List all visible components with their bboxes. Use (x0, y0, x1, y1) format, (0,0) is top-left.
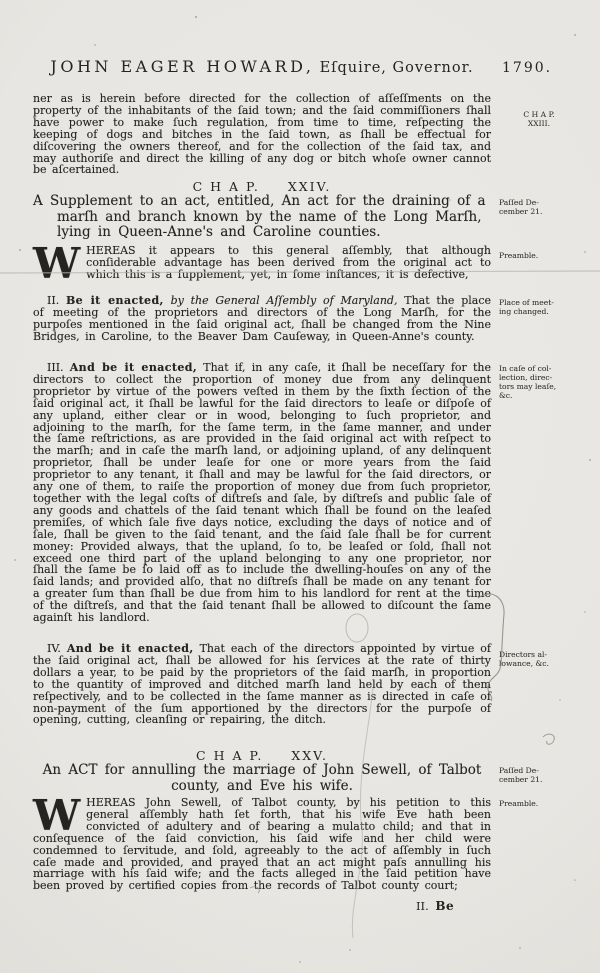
dropcap-letter: W (33, 797, 86, 832)
preamble-text: HEREAS it appears to this general aſſemb… (86, 244, 491, 281)
governor-name: JOHN EAGER HOWARD, (50, 57, 314, 76)
margin-note-passed-25: Paſſed De- cember 21. (499, 766, 579, 784)
section-4: IV. And be it enacted, That each of the … (33, 643, 491, 726)
chap-word: C H A P. (193, 179, 260, 194)
catchword-word: Be (435, 899, 454, 913)
margin-note-directors-allowance: Directors al- lowance, &c. (499, 650, 579, 668)
dropcap-letter: W (33, 245, 86, 280)
chap-word: C H A P. (196, 748, 263, 763)
chap24-title-block: A Supplement to an act, entitled, An act… (33, 194, 491, 241)
margin-note-preamble-25: Preamble. (499, 799, 579, 808)
chap24-preamble: WHEREAS it appears to this general aſſem… (33, 245, 491, 281)
margin-note-preamble-24: Preamble. (499, 251, 579, 260)
chap24-heading: C H A P.XXIV. (33, 179, 491, 194)
chap25-title-block: An ACT for annulling the marriage of Joh… (33, 763, 491, 794)
catchword: II. Be (416, 899, 454, 913)
margin-note-chap23: C H A P. XXIII. (499, 110, 579, 128)
section-text: That each of the directors appointed by … (33, 642, 491, 726)
act-title: A Supplement to an act, entitled, An act… (33, 194, 491, 241)
chap-number: XXIV. (288, 179, 332, 194)
year-label: 1790. (502, 60, 552, 76)
margin-note-place-changed: Place of meet- ing changed. (499, 298, 579, 316)
prev-act-paragraph: ner as is herein before directed for the… (33, 93, 491, 176)
paragraph-text: ner as is herein before directed for the… (33, 93, 491, 176)
section-2: II. Be it enacted, by the General Aſſemb… (33, 295, 491, 343)
act-title: An ACT for annulling the marriage of Joh… (33, 763, 491, 794)
preamble-text: HEREAS John Sewell, of Talbot county, by… (33, 796, 491, 892)
catchword-number: II. (416, 899, 429, 913)
chap25-preamble: WHEREAS John Sewell, of Talbot county, b… (33, 797, 491, 892)
chap-number: XXV. (291, 748, 328, 763)
chap25-heading: C H A P.XXV. (33, 748, 491, 763)
running-header: JOHN EAGER HOWARD, Eſquire, Governor. (33, 57, 491, 76)
ink-hook (543, 734, 554, 744)
section-text: That if, in any caſe, it ſhall be neceſſ… (33, 361, 491, 624)
margin-note-collection: In caſe of col- lection, direc- tors may… (499, 364, 579, 400)
governor-title: Eſquire, Governor. (320, 60, 474, 76)
section-3: III. And be it enacted, That if, in any … (33, 362, 491, 624)
scanned-page: JOHN EAGER HOWARD, Eſquire, Governor. 17… (0, 0, 600, 973)
margin-note-passed-24: Paſſed De- cember 21. (499, 198, 579, 216)
